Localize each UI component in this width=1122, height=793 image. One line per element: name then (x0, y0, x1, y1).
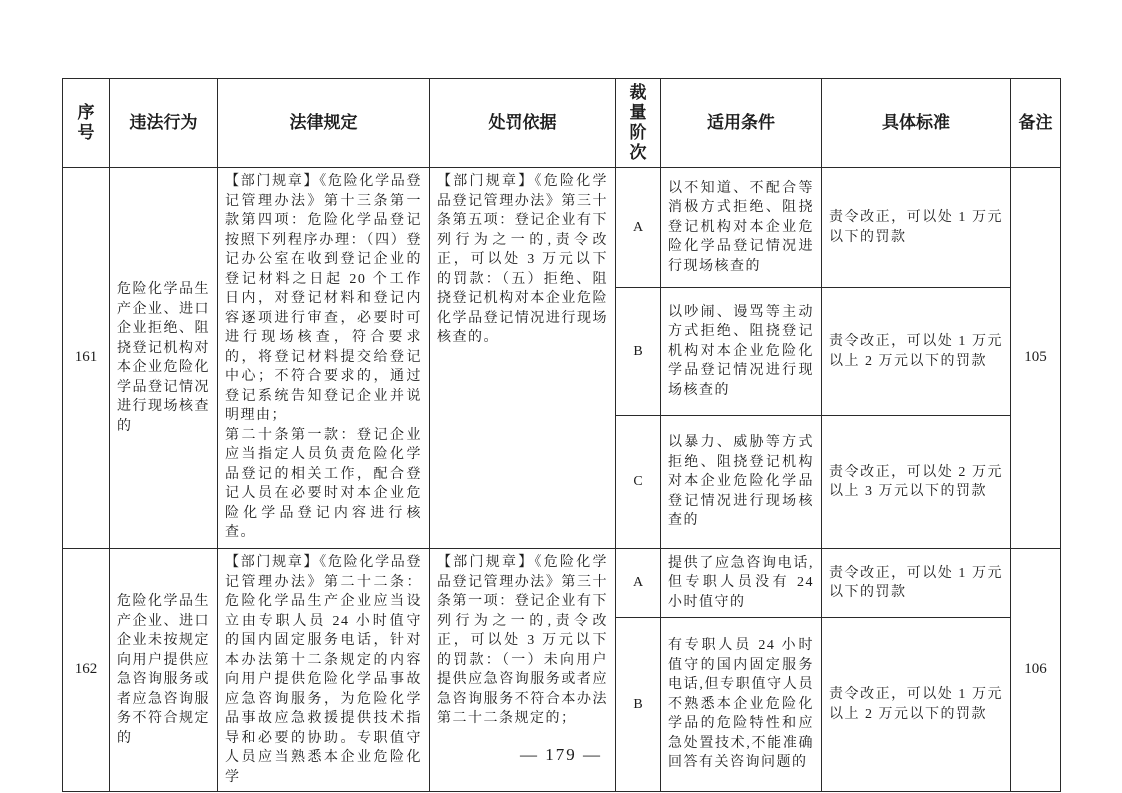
cell-no-161: 161 (63, 168, 110, 549)
col-header-no: 序号 (63, 79, 110, 168)
cell-standard-161-a: 责令改正，可以处 1 万元以下的罚款 (822, 168, 1011, 288)
col-header-behavior: 违法行为 (110, 79, 218, 168)
cell-level-162-a: A (616, 549, 661, 618)
cell-condition-161-b: 以吵闹、谩骂等主动方式拒绝、阻挠登记机构对本企业危险化学品登记情况进行现场核查的 (661, 288, 822, 416)
page-number: — 179 — (0, 745, 1122, 765)
cell-standard-161-c: 责令改正，可以处 2 万元以上 3 万元以下的罚款 (822, 416, 1011, 549)
cell-behavior-161: 危险化学品生产企业、进口企业拒绝、阻挠登记机构对本企业危险化学品登记情况进行现场… (110, 168, 218, 549)
cell-law-161: 【部门规章】《危险化学品登记管理办法》第十三条第一款第四项：危险化学品登记按照下… (218, 168, 430, 549)
col-header-condition: 适用条件 (661, 79, 822, 168)
cell-level-161-a: A (616, 168, 661, 288)
cell-condition-161-c: 以暴力、威胁等方式拒绝、阻挠登记机构对本企业危险化学品登记情况进行现场核查的 (661, 416, 822, 549)
col-header-remark: 备注 (1011, 79, 1061, 168)
col-header-level: 裁量 阶次 (616, 79, 661, 168)
table-row-161-a: 161 危险化学品生产企业、进口企业拒绝、阻挠登记机构对本企业危险化学品登记情况… (63, 168, 1061, 288)
cell-condition-162-a: 提供了应急咨询电话,但专职人员没有 24 小时值守的 (661, 549, 822, 618)
col-header-basis: 处罚依据 (430, 79, 616, 168)
document-page: 序号 违法行为 法律规定 处罚依据 裁量 阶次 适用条件 具体标准 备注 161… (0, 0, 1122, 793)
cell-basis-161: 【部门规章】《危险化学品登记管理办法》第三十条第五项：登记企业有下列行为之一的,… (430, 168, 616, 549)
cell-condition-161-a: 以不知道、不配合等消极方式拒绝、阻挠登记机构对本企业危险化学品登记情况进行现场核… (661, 168, 822, 288)
cell-level-161-c: C (616, 416, 661, 549)
penalty-discretion-table: 序号 违法行为 法律规定 处罚依据 裁量 阶次 适用条件 具体标准 备注 161… (62, 78, 1061, 792)
cell-level-162-b: B (616, 618, 661, 792)
col-header-law: 法律规定 (218, 79, 430, 168)
cell-remark-161: 105 (1011, 168, 1061, 549)
cell-condition-162-b: 有专职人员 24 小时值守的国内固定服务电话,但专职值守人员不熟悉本企业危险化学… (661, 618, 822, 792)
table-header-row: 序号 违法行为 法律规定 处罚依据 裁量 阶次 适用条件 具体标准 备注 (63, 79, 1061, 168)
cell-standard-161-b: 责令改正，可以处 1 万元以上 2 万元以下的罚款 (822, 288, 1011, 416)
col-header-standard: 具体标准 (822, 79, 1011, 168)
cell-standard-162-b: 责令改正，可以处 1 万元以上 2 万元以下的罚款 (822, 618, 1011, 792)
table-row-162-a: 162 危险化学品生产企业、进口企业未按规定向用户提供应急咨询服务或者应急咨询服… (63, 549, 1061, 618)
cell-level-161-b: B (616, 288, 661, 416)
cell-standard-162-a: 责令改正，可以处 1 万元以下的罚款 (822, 549, 1011, 618)
